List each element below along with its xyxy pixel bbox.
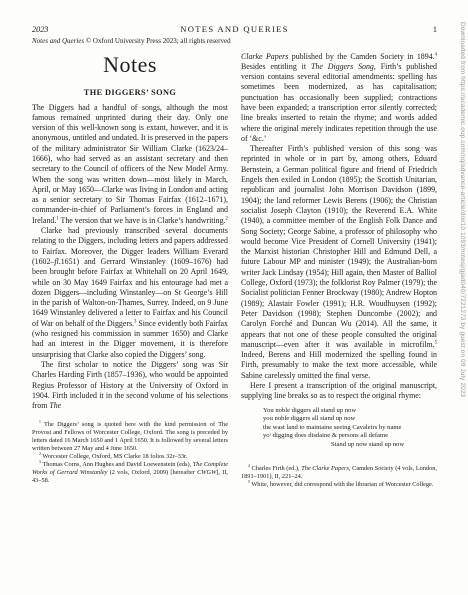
verse-line: yoʳ digging does disdaine & persons all … [263,432,437,441]
verse-line: you noble diggers all stand up now [263,415,437,424]
two-column-layout: Notes THE DIGGERS’ SONG The Diggers had … [32,52,437,489]
journal-page: 2023 NOTES AND QUERIES 1 Notes and Queri… [0,0,468,595]
footnote-5: 5 White, however, did correspond with th… [241,481,437,489]
page-number: 1 [367,25,437,34]
footnote-4: 4 Charles Firth (ed.), The Clarke Papers… [241,465,437,481]
left-column: Notes THE DIGGERS’ SONG The Diggers had … [32,52,228,489]
verse-refrain: Stand up now stand up now [331,441,437,450]
footnote-3: 3 Thomas Corns, Ann Hughes and David Loe… [32,461,228,485]
copyright-line: Notes and Queries © Oxford University Pr… [32,37,437,45]
download-notice: Downloaded from https://academic.oup.com… [459,22,466,397]
paragraph: Thereafter Firth’s published version of … [241,144,437,381]
footnotes-right: 4 Charles Firth (ed.), The Clarke Papers… [241,465,437,489]
verse-line: the wast land to maintaine seeing Cavale… [263,424,437,433]
article-title: THE DIGGERS’ SONG [32,88,228,97]
footnotes-left: 1 The Diggers’ song is quoted here with … [32,421,228,484]
song-verse: You noble diggers all stand up now you n… [263,407,437,450]
paragraph: Clarke Papers published by the Camden So… [241,52,437,145]
running-header: 2023 NOTES AND QUERIES 1 [32,24,437,34]
paragraph: Clarke had previously transcribed severa… [32,226,228,360]
footnote-2: 2 Worcester College, Oxford, MS Clarke 1… [32,453,228,461]
section-title: Notes [32,53,228,77]
header-year: 2023 [32,25,102,34]
footnote-1: 1 The Diggers’ song is quoted here with … [32,421,228,453]
paragraph: The Diggers had a handful of songs, alth… [32,103,228,227]
verse-line: You noble diggers all stand up now [263,407,437,416]
paragraph: The first scholar to notice the Diggers’… [32,360,228,411]
journal-title: NOTES AND QUERIES [180,24,289,34]
right-column: Clarke Papers published by the Camden So… [241,52,437,489]
paragraph: Here I present a transcription of the or… [241,381,437,402]
